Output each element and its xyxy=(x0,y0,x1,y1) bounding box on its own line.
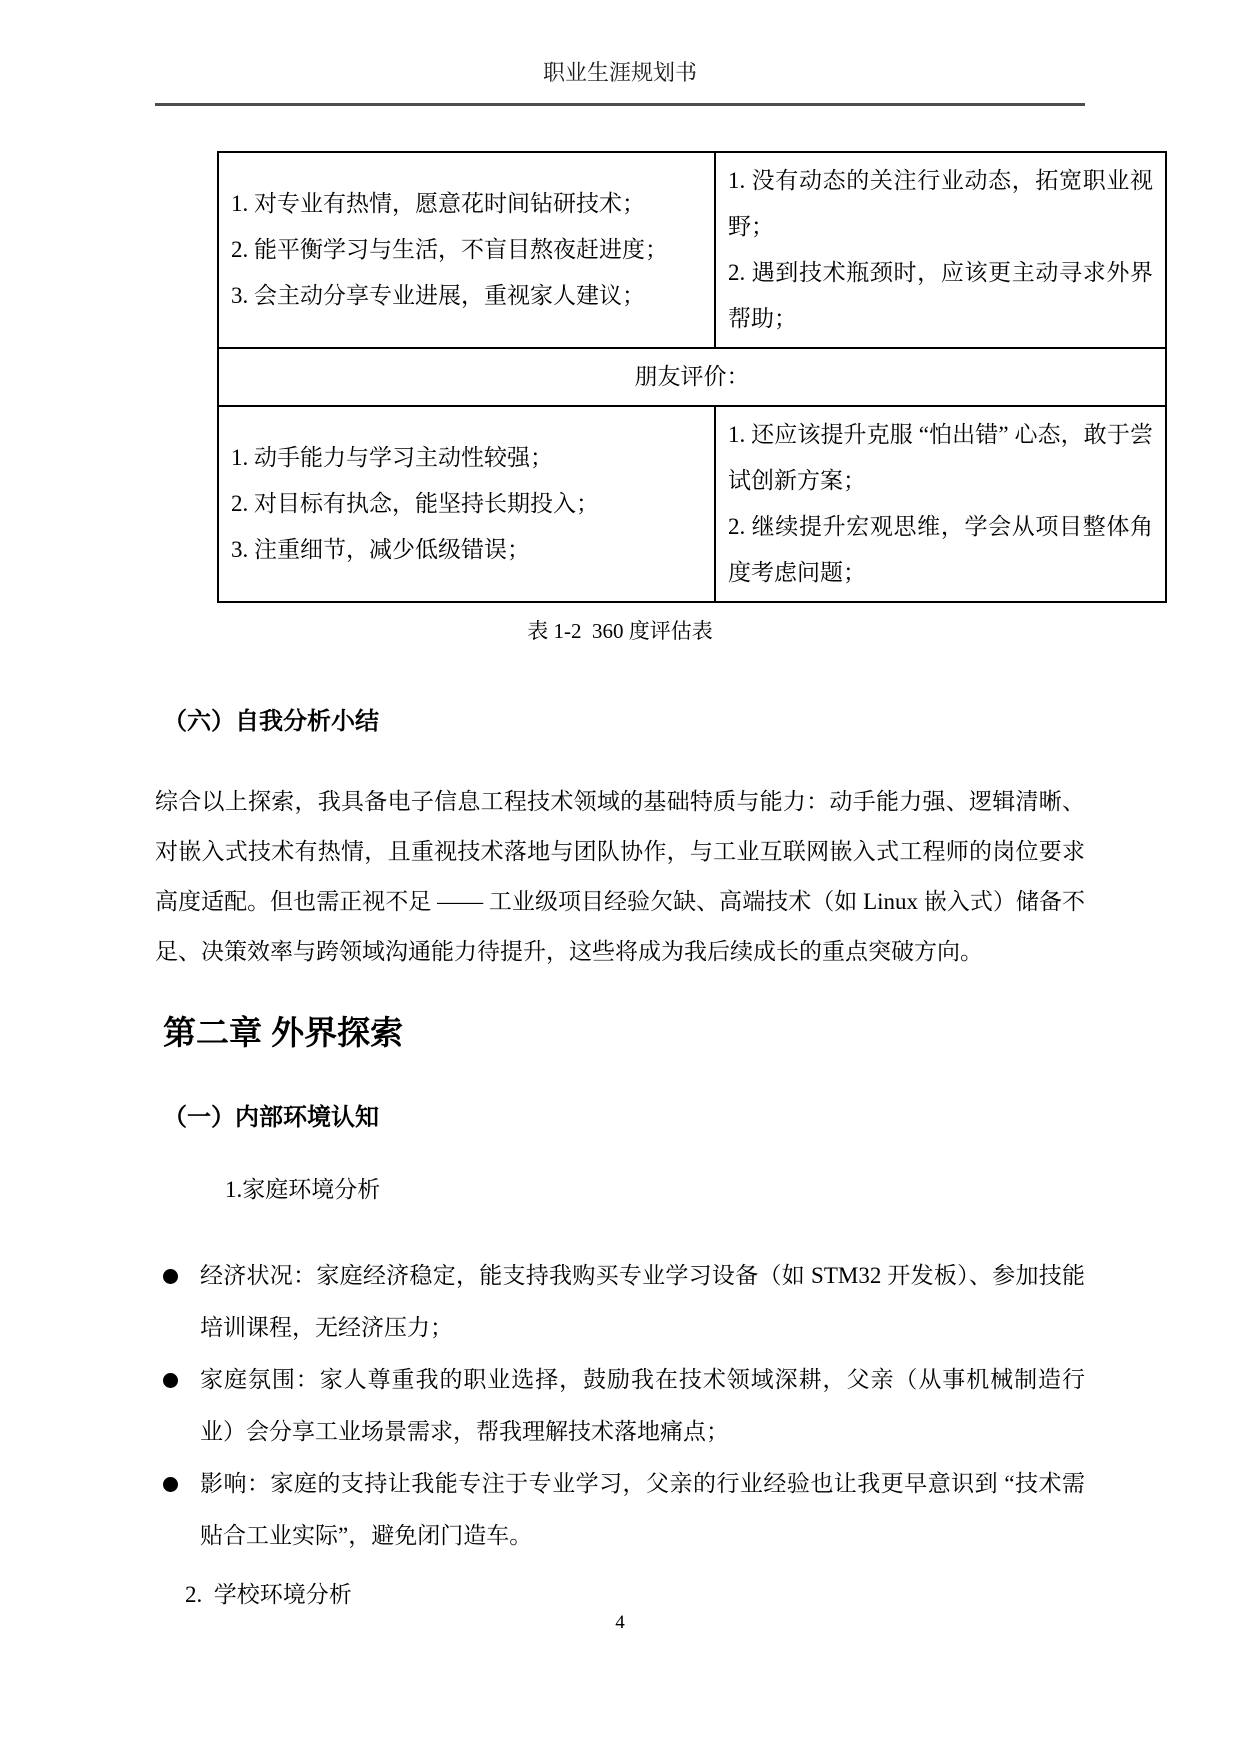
table-row: 朋友评价： xyxy=(218,348,1166,406)
section-heading-self-summary: （六）自我分析小结 xyxy=(163,707,1085,737)
header-rule xyxy=(155,103,1085,106)
cell-friend-header: 朋友评价： xyxy=(218,348,1166,406)
document-page: 职业生涯规划书 1. 对专业有热情，愿意花时间钻研技术； 2. 能平衡学习与生活… xyxy=(0,0,1240,1753)
list-item: 1. 动手能力与学习主动性较强； xyxy=(231,435,702,481)
bullet-text: 家庭氛围：家人尊重我的职业选择，鼓励我在技术领域深耕，父亲（从事机械制造行业）会… xyxy=(200,1354,1085,1458)
page-header: 职业生涯规划书 xyxy=(155,0,1085,106)
list-item: 2. 能平衡学习与生活，不盲目熬夜赶进度； xyxy=(231,227,702,273)
table-caption: 表 1-2 360 度评估表 xyxy=(155,615,1085,645)
list-item: 1. 还应该提升克服 “怕出错” 心态，敢于尝试创新方案； xyxy=(728,412,1153,504)
cell-self-strengths: 1. 对专业有热情，愿意花时间钻研技术； 2. 能平衡学习与生活，不盲目熬夜赶进… xyxy=(218,152,715,348)
summary-paragraph: 综合以上探索，我具备电子信息工程技术领域的基础特质与能力：动手能力强、逻辑清晰、… xyxy=(155,777,1085,977)
cell-friend-strengths: 1. 动手能力与学习主动性较强； 2. 对目标有执念，能坚持长期投入； 3. 注… xyxy=(218,406,715,602)
list-item: 2. 遇到技术瓶颈时，应该更主动寻求外界帮助； xyxy=(728,250,1153,342)
bullet-icon xyxy=(163,1269,178,1284)
bullet-text: 影响：家庭的支持让我能专注于专业学习，父亲的行业经验也让我更早意识到 “技术需贴… xyxy=(200,1458,1085,1562)
list-item: 经济状况：家庭经济稳定，能支持我购买专业学习设备（如 STM32 开发板）、参加… xyxy=(155,1250,1085,1354)
subsection-school-env: 2. 学校环境分析 xyxy=(185,1580,1085,1610)
bullet-icon xyxy=(163,1373,178,1388)
list-item: 3. 会主动分享专业进展，重视家人建议； xyxy=(231,273,702,319)
cell-friend-weaknesses: 1. 还应该提升克服 “怕出错” 心态，敢于尝试创新方案； 2. 继续提升宏观思… xyxy=(715,406,1166,602)
list-item: 1. 没有动态的关注行业动态，拓宽职业视野； xyxy=(728,158,1153,250)
header-title: 职业生涯规划书 xyxy=(155,58,1085,88)
list-item: 3. 注重细节，减少低级错误； xyxy=(231,527,702,573)
family-env-bullet-list: 经济状况：家庭经济稳定，能支持我购买专业学习设备（如 STM32 开发板）、参加… xyxy=(155,1250,1085,1562)
cell-self-weaknesses: 1. 没有动态的关注行业动态，拓宽职业视野； 2. 遇到技术瓶颈时，应该更主动寻… xyxy=(715,152,1166,348)
list-item: 1. 对专业有热情，愿意花时间钻研技术； xyxy=(231,181,702,227)
page-number: 4 xyxy=(0,1612,1240,1634)
section-heading-internal-env: （一）内部环境认知 xyxy=(163,1103,1085,1133)
subsection-family-env: 1.家庭环境分析 xyxy=(225,1175,1085,1205)
bullet-text: 经济状况：家庭经济稳定，能支持我购买专业学习设备（如 STM32 开发板）、参加… xyxy=(200,1250,1085,1354)
table-row: 1. 动手能力与学习主动性较强； 2. 对目标有执念，能坚持长期投入； 3. 注… xyxy=(218,406,1166,602)
evaluation-table: 1. 对专业有热情，愿意花时间钻研技术； 2. 能平衡学习与生活，不盲目熬夜赶进… xyxy=(217,151,1167,603)
list-item: 影响：家庭的支持让我能专注于专业学习，父亲的行业经验也让我更早意识到 “技术需贴… xyxy=(155,1458,1085,1562)
chapter-title: 第二章 外界探索 xyxy=(163,1011,1085,1055)
list-item: 2. 对目标有执念，能坚持长期投入； xyxy=(231,481,702,527)
bullet-icon xyxy=(163,1477,178,1492)
list-item: 2. 继续提升宏观思维，学会从项目整体角度考虑问题； xyxy=(728,504,1153,596)
list-item: 家庭氛围：家人尊重我的职业选择，鼓励我在技术领域深耕，父亲（从事机械制造行业）会… xyxy=(155,1354,1085,1458)
table-row: 1. 对专业有热情，愿意花时间钻研技术； 2. 能平衡学习与生活，不盲目熬夜赶进… xyxy=(218,152,1166,348)
